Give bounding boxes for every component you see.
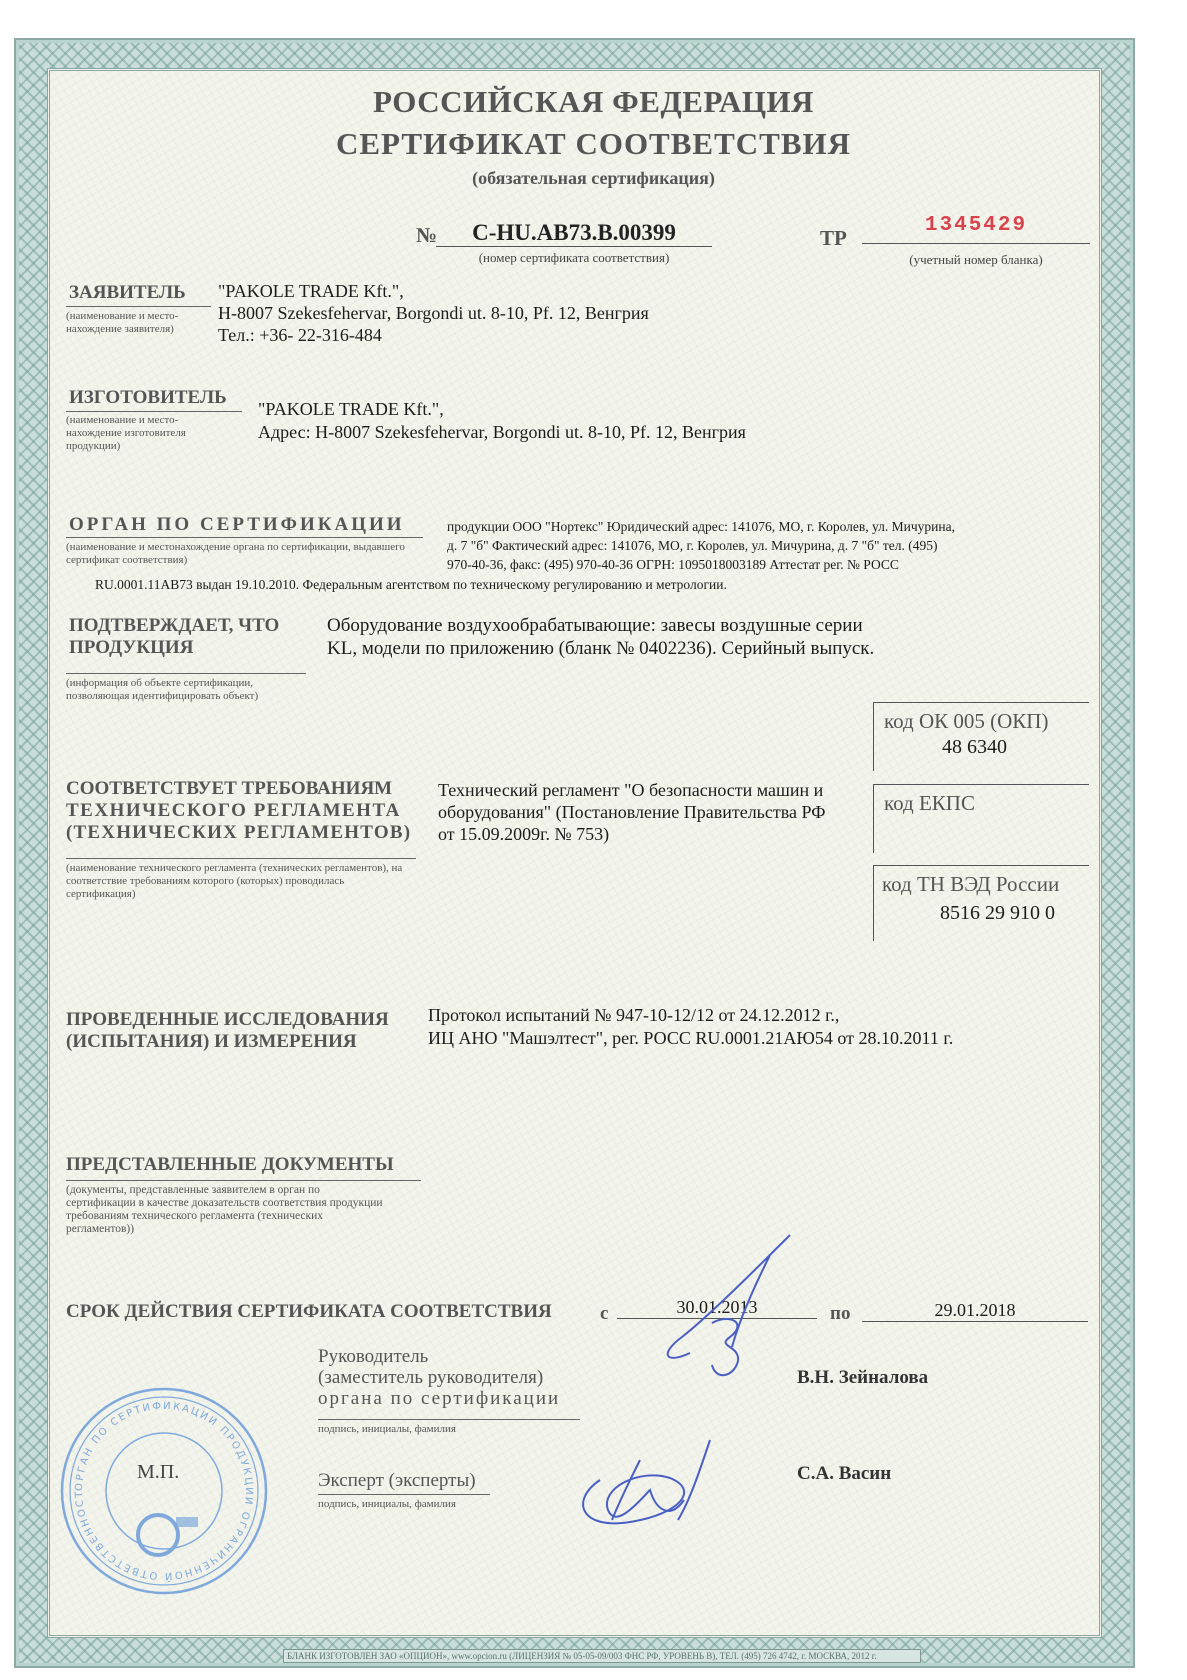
regulation-line-3: от 15.09.2009г. № 753) xyxy=(438,823,609,845)
head-label: Руководитель (заместитель руководителя) … xyxy=(318,1346,560,1409)
documents-heading: ПРЕДСТАВЛЕННЫЕ ДОКУМЕНТЫ xyxy=(66,1154,394,1176)
code-okp-label: код ОК 005 (ОКП) xyxy=(884,709,1048,734)
certification-body-line-3: 970-40-36, факс: (495) 970-40-36 ОГРН: 1… xyxy=(447,556,899,574)
regulation-line-1: Технический регламент "О безопасности ма… xyxy=(438,779,823,801)
applicant-name: "PAKOLE TRADE Kft.", xyxy=(218,280,404,302)
blank-number: 1345429 xyxy=(862,214,1090,244)
code-tnved-label: код ТН ВЭД России xyxy=(882,872,1059,897)
expert-name: С.А. Васин xyxy=(797,1463,891,1485)
expert-label: Эксперт (эксперты) xyxy=(318,1470,476,1492)
certificate-number: C-HU.AB73.B.00399 xyxy=(436,220,712,247)
code-box-tnved: код ТН ВЭД России 8516 29 910 0 xyxy=(873,865,1089,941)
regulation-heading-2: ТЕХНИЧЕСКОГО РЕГЛАМЕНТА xyxy=(66,800,401,822)
regulation-rule xyxy=(66,858,416,859)
manufacturer-address: Адрес: H-8007 Szekesfehervar, Borgondi u… xyxy=(258,421,746,443)
regulation-heading-3: (ТЕХНИЧЕСКИХ РЕГЛАМЕНТОВ) xyxy=(66,822,411,844)
certification-body-heading: ОРГАН ПО СЕРТИФИКАЦИИ xyxy=(69,514,405,536)
applicant-address: H-8007 Szekesfehervar, Borgondi ut. 8-10… xyxy=(218,302,649,324)
product-description-line-2: KL, модели по приложению (бланк № 040223… xyxy=(327,638,874,660)
document-subtitle: (обязательная сертификация) xyxy=(0,168,1187,189)
expert-signature xyxy=(560,1430,760,1540)
regulation-note: (наименование технического регламента (т… xyxy=(66,862,406,901)
product-heading-2: ПРОДУКЦИЯ xyxy=(69,637,193,659)
manufacturer-heading: ИЗГОТОВИТЕЛЬ xyxy=(69,387,227,409)
number-sign: № xyxy=(416,223,437,248)
documents-rule xyxy=(66,1180,421,1181)
head-label-line-3: органа по сертификации xyxy=(318,1388,560,1409)
applicant-phone: Тел.: +36- 22-316-484 xyxy=(218,324,382,346)
code-tnved-value: 8516 29 910 0 xyxy=(940,902,1055,925)
country-title: РОССИЙСКАЯ ФЕДЕРАЦИЯ xyxy=(0,84,1187,120)
applicant-rule xyxy=(66,306,211,307)
manufacturer-name: "PAKOLE TRADE Kft.", xyxy=(258,398,444,420)
certification-body-accreditation: RU.0001.11AB73 выдан 19.10.2010. Федерал… xyxy=(95,576,727,594)
product-description-line-1: Оборудование воздухообрабатывающие: заве… xyxy=(327,615,863,637)
document-title: СЕРТИФИКАТ СООТВЕТСТВИЯ xyxy=(0,126,1187,162)
validity-from-label: с xyxy=(600,1303,608,1325)
documents-note: (документы, представленные заявителем в … xyxy=(66,1184,386,1236)
expert-caption: подпись, инициалы, фамилия xyxy=(318,1498,456,1511)
tests-line-2: ИЦ АНО "Машэлтест", рег. РОСС RU.0001.21… xyxy=(428,1027,953,1049)
head-label-line-2: (заместитель руководителя) xyxy=(318,1367,560,1388)
head-rule xyxy=(318,1419,580,1420)
applicant-heading: ЗАЯВИТЕЛЬ xyxy=(69,282,186,304)
tr-label: ТР xyxy=(820,226,847,251)
regulation-heading-1: СООТВЕТСТВУЕТ ТРЕБОВАНИЯМ xyxy=(66,778,392,800)
product-rule xyxy=(66,673,306,674)
tests-line-1: Протокол испытаний № 947-10-12/12 от 24.… xyxy=(428,1004,839,1026)
certification-body-line-1: продукции ООО "Нортекс" Юридический адре… xyxy=(447,518,955,536)
validity-to-label: по xyxy=(830,1303,850,1325)
tests-heading-2: (ИСПЫТАНИЯ) И ИЗМЕРЕНИЯ xyxy=(66,1031,357,1053)
regulation-line-2: оборудования" (Постановление Правительст… xyxy=(438,801,825,823)
code-box-okp: код ОК 005 (ОКП) 48 6340 xyxy=(873,702,1089,771)
head-label-line-1: Руководитель xyxy=(318,1346,560,1367)
code-box-ekps: код ЕКПС xyxy=(873,784,1089,853)
certification-body-line-2: д. 7 "б" Фактический адрес: 141076, МО, … xyxy=(447,537,937,555)
expert-rule xyxy=(318,1494,490,1495)
validity-heading: СРОК ДЕЙСТВИЯ СЕРТИФИКАТА СООТВЕТСТВИЯ xyxy=(66,1301,552,1323)
manufacturer-rule xyxy=(66,411,242,412)
official-seal: ОРГАН ПО СЕРТИФИКАЦИИ ПРОДУКЦИИ ОГРАНИЧЕ… xyxy=(58,1385,270,1597)
certification-body-note: (наименование и местонахождение органа п… xyxy=(66,541,426,567)
head-caption: подпись, инициалы, фамилия xyxy=(318,1423,456,1436)
code-ekps-label: код ЕКПС xyxy=(884,791,975,816)
product-note: (информация об объекте сертификации, поз… xyxy=(66,677,316,703)
tests-heading-1: ПРОВЕДЕННЫЕ ИССЛЕДОВАНИЯ xyxy=(66,1009,389,1031)
code-okp-value: 48 6340 xyxy=(942,736,1007,759)
seal-label: М.П. xyxy=(137,1461,179,1484)
head-signature xyxy=(620,1225,820,1385)
manufacturer-note: (наименование и место-нахождение изготов… xyxy=(66,414,216,453)
applicant-note: (наименование и место-нахождение заявите… xyxy=(66,310,211,336)
certificate-number-caption: (номер сертификата соответствия) xyxy=(436,250,712,266)
blank-number-caption: (учетный номер бланка) xyxy=(862,252,1090,268)
certification-body-rule xyxy=(66,537,423,538)
validity-to-date: 29.01.2018 xyxy=(862,1299,1088,1322)
product-heading-1: ПОДТВЕРЖДАЕТ, ЧТО xyxy=(69,615,279,637)
printer-footer: БЛАНК ИЗГОТОВЛЕН ЗАО «ОПЦИОН», www.opcio… xyxy=(283,1649,921,1663)
